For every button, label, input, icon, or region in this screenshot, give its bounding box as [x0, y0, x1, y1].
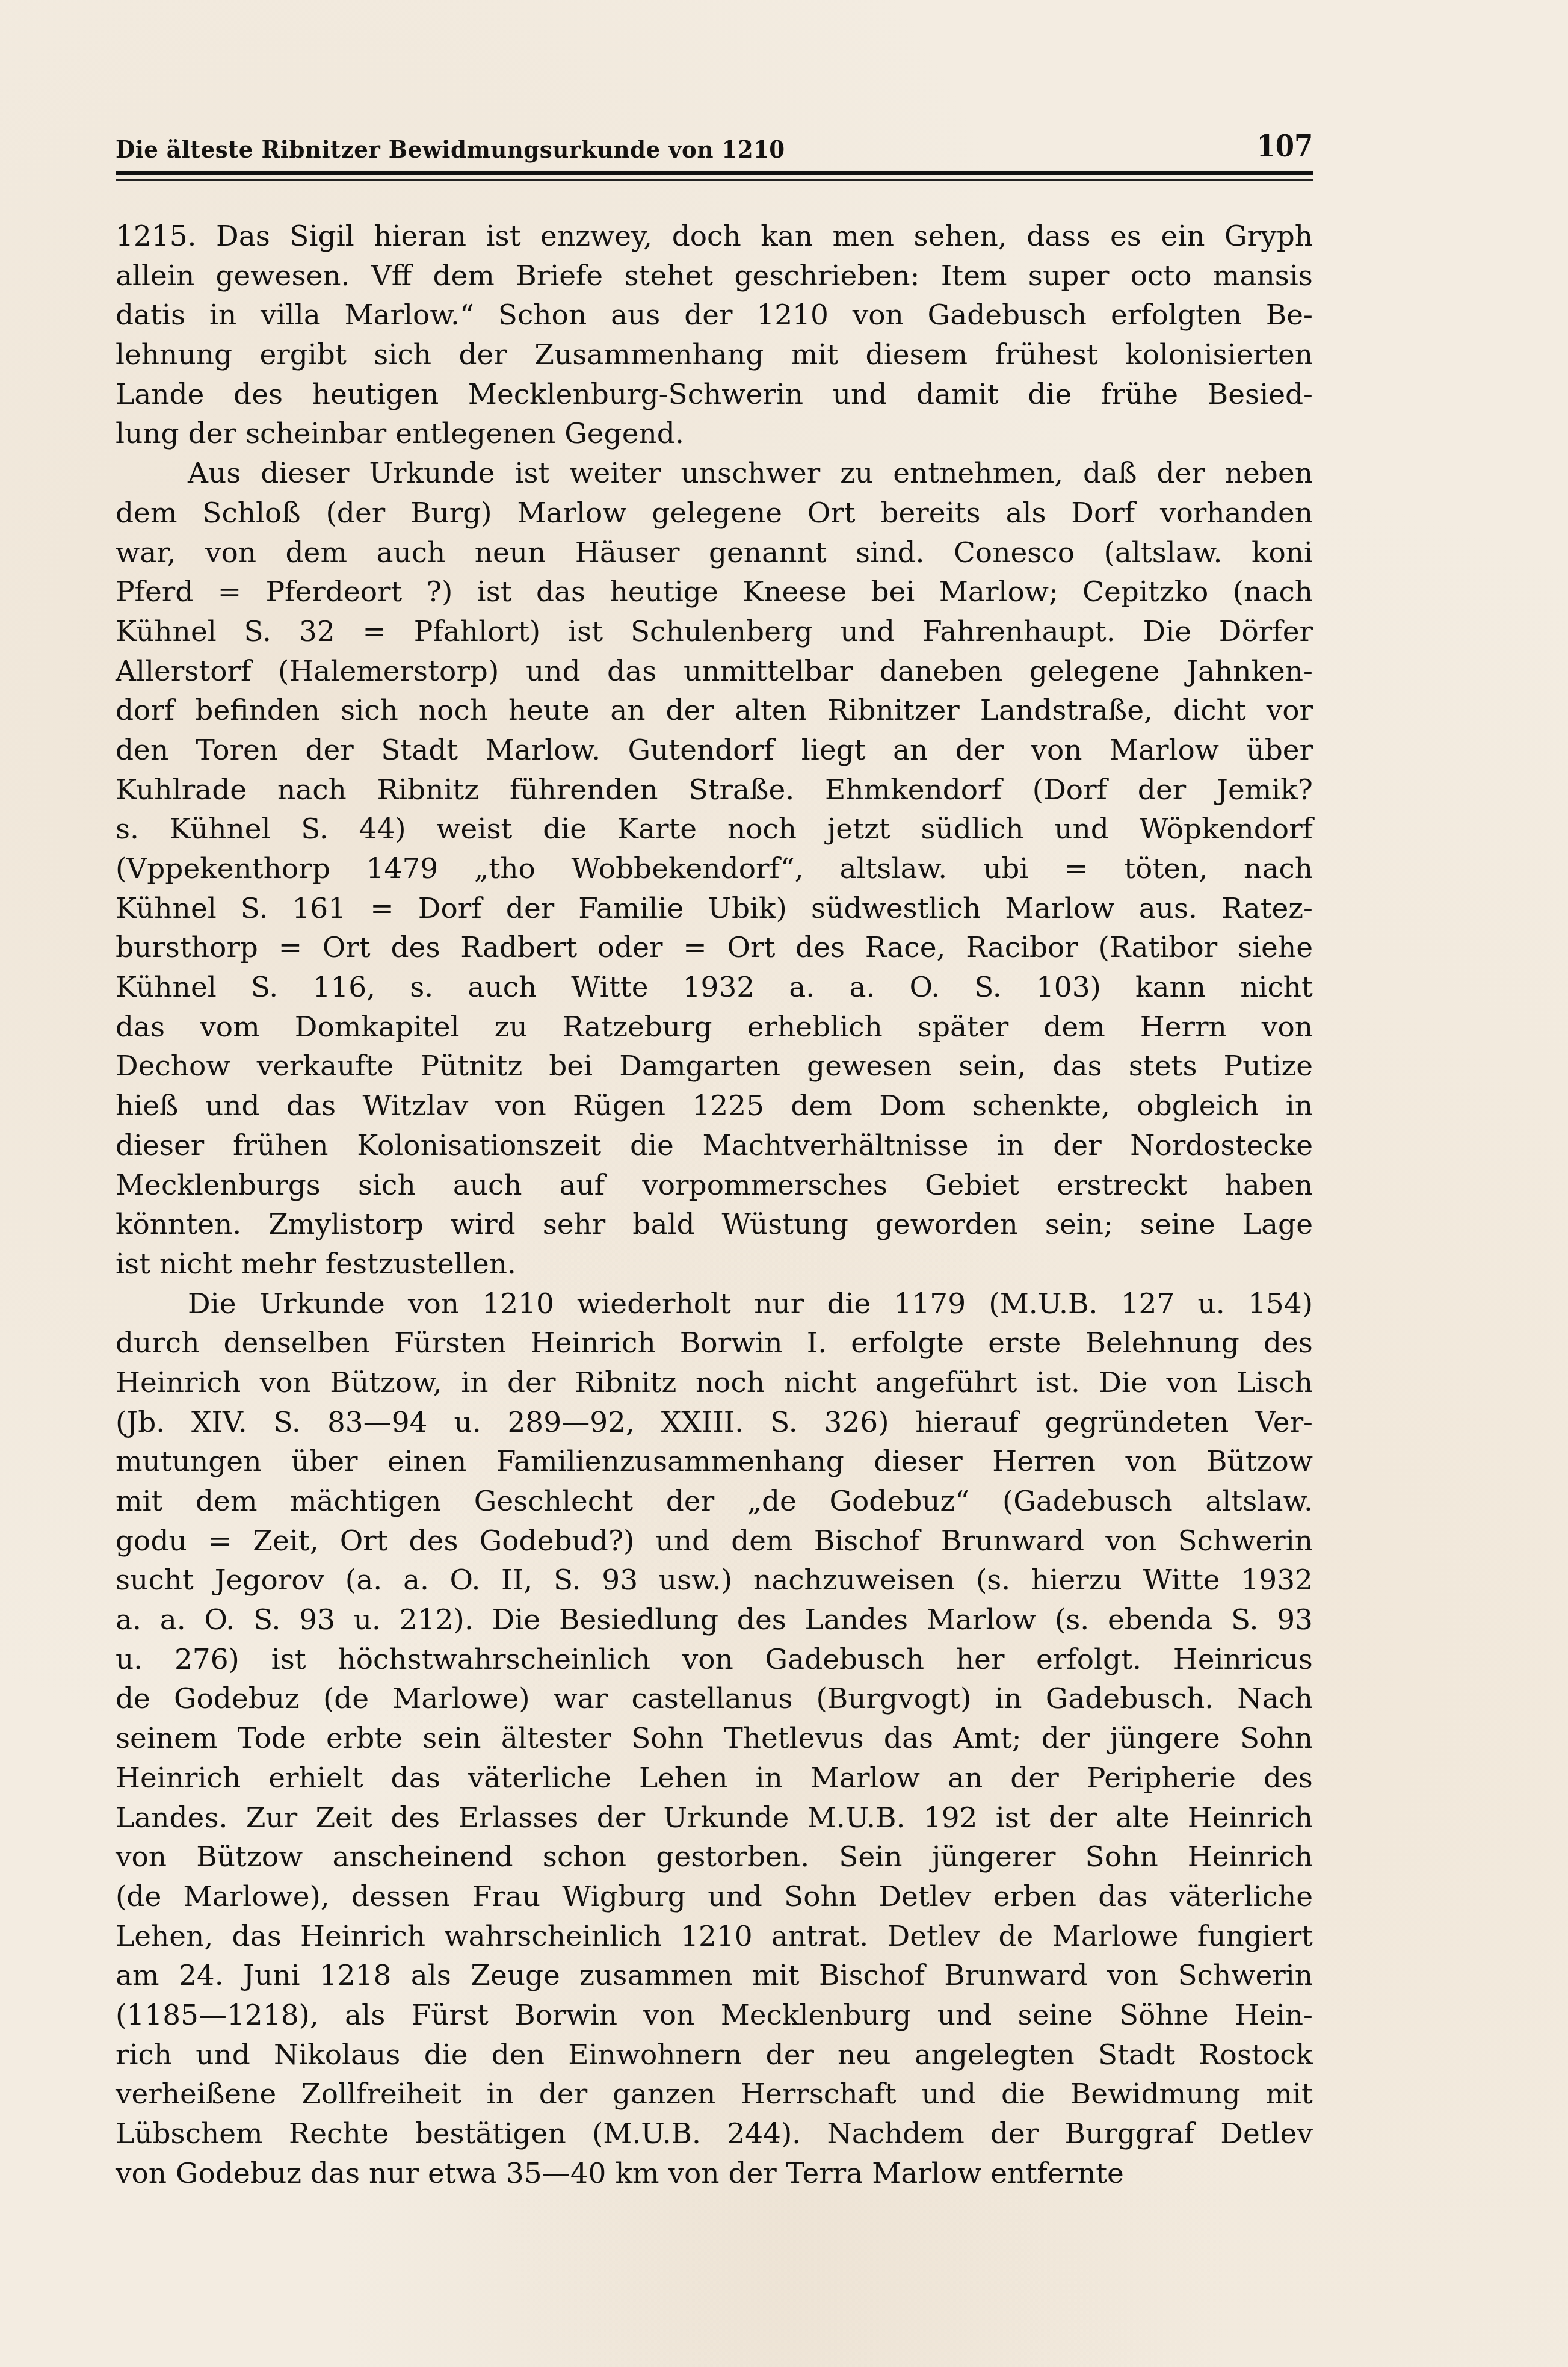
header-rule-thick	[116, 171, 1313, 175]
text-line: Pferd = Pferdeort ?) ist das heutige Kne…	[116, 572, 1313, 612]
body-text: 1215. Das Sigil hieran ist enzwey, doch …	[116, 217, 1313, 2193]
text-line: ist nicht mehr festzustellen.	[116, 1245, 1313, 1284]
text-line: a. a. O. S. 93 u. 212). Die Besiedlung d…	[116, 1600, 1313, 1640]
paragraph: Aus dieser Urkunde ist weiter unschwer z…	[116, 454, 1313, 1284]
text-line: u. 276) ist höchstwahrscheinlich von Gad…	[116, 1640, 1313, 1680]
text-line: Kühnel S. 116, s. auch Witte 1932 a. a. …	[116, 968, 1313, 1007]
text-line: mit dem mächtigen Geschlecht der „de God…	[116, 1482, 1313, 1521]
text-line: (Vppekenthorp 1479 „tho Wobbekendorf“, a…	[116, 849, 1313, 889]
text-line: seinem Tode erbte sein ältester Sohn The…	[116, 1719, 1313, 1759]
text-line: Lehen, das Heinrich wahrscheinlich 1210 …	[116, 1917, 1313, 1957]
text-line: könnten. Zmylistorp wird sehr bald Wüstu…	[116, 1205, 1313, 1245]
running-head: Die älteste Ribnitzer Bewidmungsurkunde …	[116, 128, 1313, 164]
text-line: verheißene Zollfreiheit in der ganzen He…	[116, 2075, 1313, 2114]
paragraph: Die Urkunde von 1210 wiederholt nur die …	[116, 1284, 1313, 2194]
text-line: Landes. Zur Zeit des Erlasses der Urkund…	[116, 1798, 1313, 1838]
text-line: von Bützow anscheinend schon gestorben. …	[116, 1837, 1313, 1877]
text-line: 1215. Das Sigil hieran ist enzwey, doch …	[116, 217, 1313, 256]
text-line: Kuhlrade nach Ribnitz führenden Straße. …	[116, 770, 1313, 810]
text-line: sucht Jegorov (a. a. O. II, S. 93 usw.) …	[116, 1561, 1313, 1600]
text-line: Heinrich erhielt das väterliche Lehen in…	[116, 1759, 1313, 1798]
text-line: mutungen über einen Familienzusammenhang…	[116, 1442, 1313, 1482]
header-rule-thin	[116, 179, 1313, 181]
text-line: (1185—1218), als Fürst Borwin von Meckle…	[116, 1996, 1313, 2035]
text-line: den Toren der Stadt Marlow. Gutendorf li…	[116, 731, 1313, 770]
text-line: war, von dem auch neun Häuser genannt si…	[116, 533, 1313, 573]
paragraph: 1215. Das Sigil hieran ist enzwey, doch …	[116, 217, 1313, 454]
text-line: dem Schloß (der Burg) Marlow gelegene Or…	[116, 494, 1313, 533]
text-line: de Godebuz (de Marlowe) war castellanus …	[116, 1679, 1313, 1719]
text-line: dorf befinden sich noch heute an der alt…	[116, 691, 1313, 731]
text-line: Lande des heutigen Mecklenburg-Schwerin …	[116, 375, 1313, 415]
text-line: Lübschem Rechte bestätigen (M.U.B. 244).…	[116, 2114, 1313, 2154]
text-line: Die Urkunde von 1210 wiederholt nur die …	[116, 1284, 1313, 1324]
running-title: Die älteste Ribnitzer Bewidmungsurkunde …	[116, 135, 785, 164]
text-line: datis in villa Marlow.“ Schon aus der 12…	[116, 295, 1313, 335]
text-line: s. Kühnel S. 44) weist die Karte noch je…	[116, 809, 1313, 849]
text-line: Kühnel S. 32 = Pfahlort) ist Schulenberg…	[116, 612, 1313, 652]
text-line: am 24. Juni 1218 als Zeuge zusammen mit …	[116, 1956, 1313, 1996]
page-number: 107	[1256, 128, 1313, 164]
text-line: lung der scheinbar entlegenen Gegend.	[116, 414, 1313, 454]
text-line: Dechow verkaufte Pütnitz bei Damgarten g…	[116, 1047, 1313, 1086]
text-line: lehnung ergibt sich der Zusammenhang mit…	[116, 335, 1313, 375]
text-line: hieß und das Witzlav von Rügen 1225 dem …	[116, 1086, 1313, 1126]
text-line: allein gewesen. Vff dem Briefe stehet ge…	[116, 256, 1313, 296]
text-line: von Godebuz das nur etwa 35—40 km von de…	[116, 2154, 1313, 2194]
text-line: rich und Nikolaus die den Einwohnern der…	[116, 2035, 1313, 2075]
text-line: (Jb. XIV. S. 83—94 u. 289—92, XXIII. S. …	[116, 1403, 1313, 1443]
text-line: godu = Zeit, Ort des Godebud?) und dem B…	[116, 1521, 1313, 1561]
text-line: Kühnel S. 161 = Dorf der Familie Ubik) s…	[116, 889, 1313, 929]
text-line: das vom Domkapitel zu Ratzeburg erheblic…	[116, 1007, 1313, 1047]
text-line: Aus dieser Urkunde ist weiter unschwer z…	[116, 454, 1313, 494]
text-line: Allerstorf (Halemerstorp) und das unmitt…	[116, 652, 1313, 692]
text-line: dieser frühen Kolonisationszeit die Mach…	[116, 1126, 1313, 1166]
text-line: durch denselben Fürsten Heinrich Borwin …	[116, 1323, 1313, 1363]
text-line: bursthorp = Ort des Radbert oder = Ort d…	[116, 928, 1313, 968]
text-line: (de Marlowe), dessen Frau Wigburg und So…	[116, 1877, 1313, 1917]
text-line: Heinrich von Bützow, in der Ribnitz noch…	[116, 1363, 1313, 1403]
text-line: Mecklenburgs sich auch auf vorpommersche…	[116, 1166, 1313, 1205]
